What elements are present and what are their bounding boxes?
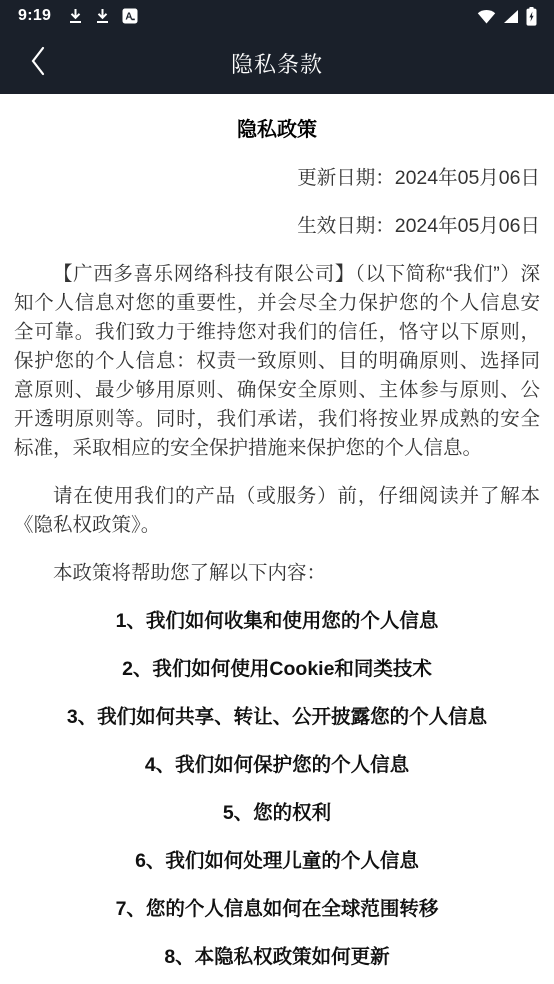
toc-item-4: 4、我们如何保护您的个人信息 [14,751,540,780]
svg-text:A: A [126,12,133,23]
toc-item-6: 6、我们如何处理儿童的个人信息 [14,847,540,876]
policy-content[interactable]: 隐私政策 更新日期：2024年05月06日 生效日期：2024年05月06日 【… [0,94,554,984]
policy-paragraph: 【广西多喜乐网络科技有限公司】（以下简称“我们”）深知个人信息对您的重要性，并会… [14,260,540,463]
policy-paragraph: 本政策将帮助您了解以下内容： [14,559,540,588]
battery-charging-icon [526,7,537,26]
policy-paragraph: 请在使用我们的产品（或服务）前，仔细阅读并了解本《隐私权政策》。 [14,482,540,540]
status-time: 9:19 [18,7,51,25]
download-icon [95,8,110,24]
cell-signal-icon [503,9,519,24]
toc-item-1: 1、我们如何收集和使用您的个人信息 [14,607,540,636]
toc-item-5: 5、您的权利 [14,799,540,828]
back-button[interactable] [14,32,62,94]
wifi-icon [477,9,496,24]
toc-item-2: 2、我们如何使用Cookie和同类技术 [14,655,540,684]
effective-date: 生效日期：2024年05月06日 [14,212,540,241]
document-title: 隐私政策 [14,116,540,145]
update-date: 更新日期：2024年05月06日 [14,164,540,193]
app-bar: 隐私条款 [0,32,554,94]
letter-a-badge-icon: A [122,8,138,24]
download-icon [68,8,83,24]
toc-item-3: 3、我们如何共享、转让、公开披露您的个人信息 [14,703,540,732]
page-title: 隐私条款 [0,48,554,79]
status-right-icons [477,7,537,26]
chevron-left-icon [27,43,49,84]
status-left-icons: A [68,8,138,24]
toc-item-7: 7、您的个人信息如何在全球范围转移 [14,895,540,924]
status-bar: 9:19 A [0,0,554,32]
app-screen: 9:19 A [0,0,554,984]
toc-item-8: 8、本隐私权政策如何更新 [14,943,540,972]
